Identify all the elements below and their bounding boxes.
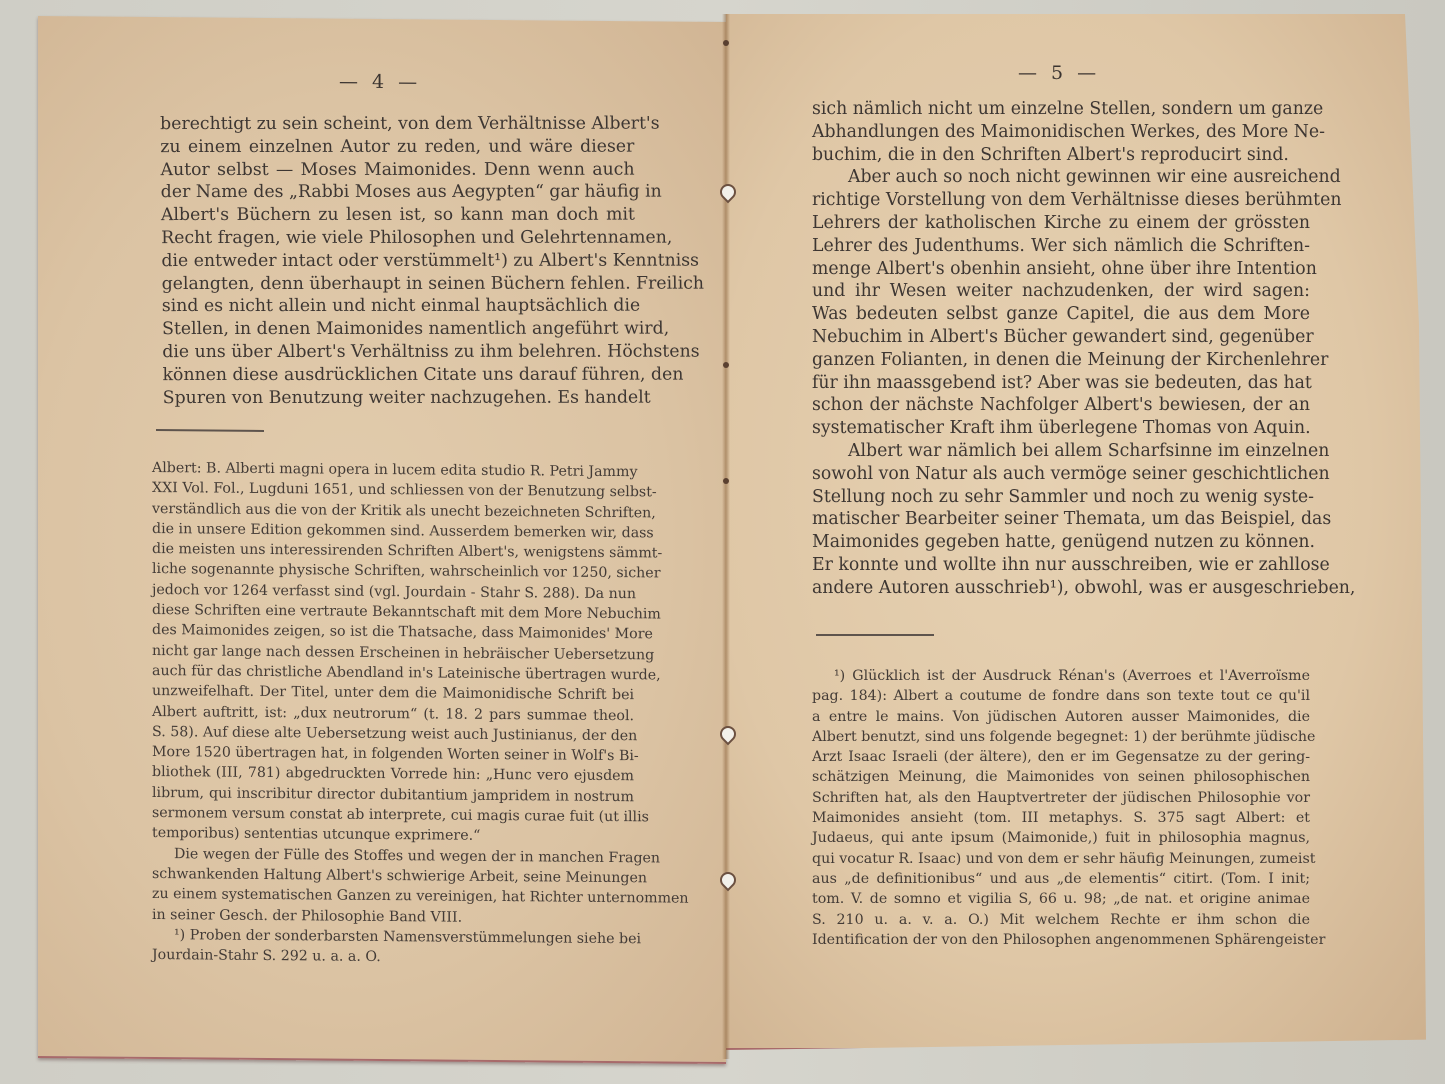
- text-line: sowohl von Natur als auch vermöge seiner…: [812, 463, 1310, 486]
- text-line: Abhandlungen des Maimonidischen Werkes, …: [812, 121, 1310, 144]
- text-line: Stellung noch zu sehr Sammler und noch z…: [812, 486, 1310, 509]
- text-line: systematischer Kraft ihm überlegene Thom…: [812, 417, 1310, 440]
- text-line: Stellen, in denen Maimonides namentlich …: [162, 318, 636, 341]
- text-line: können diese ausdrücklichen Citate uns d…: [162, 363, 636, 386]
- footnote-line: a entre le mains. Von jüdischen Autoren …: [812, 707, 1310, 727]
- text-line: Autor selbst — Moses Maimonides. Denn we…: [160, 158, 634, 181]
- footnote-line: Jourdain-Stahr S. 292 u. a. a. O.: [152, 945, 634, 970]
- text-line: zu einem einzelnen Autor zu reden, und w…: [160, 135, 634, 158]
- left-page: — 4 — berechtigt zu sein scheint, von de…: [38, 16, 726, 1064]
- footnote-line: Schriften hat, als den Hauptvertreter de…: [812, 788, 1310, 808]
- left-body-text: berechtigt zu sein scheint, von dem Verh…: [160, 113, 637, 410]
- footnote-line: Judaeus, qui ante ipsum (Maimonide,) fui…: [812, 828, 1310, 848]
- text-line: Maimonides gegeben hatte, genügend nutze…: [812, 531, 1310, 554]
- text-line: Nebuchim in Albert's Bücher gewandert si…: [812, 326, 1310, 349]
- footnote-line: Albert benutzt, sind uns folgende begegn…: [812, 727, 1310, 747]
- footnote-line: Arzt Isaac Israeli (der ältere), den er …: [812, 747, 1310, 767]
- binding-gutter: [722, 14, 730, 1059]
- text-line: sich nämlich nicht um einzelne Stellen, …: [812, 98, 1310, 121]
- text-line: Er konnte und wollte ihn nur ausschreibe…: [812, 554, 1310, 577]
- text-line: die entweder intact oder verstümmelt¹) z…: [161, 249, 635, 272]
- text-line: schon der nächste Nachfolger Albert's be…: [812, 394, 1310, 417]
- text-line: menge Albert's obenhin ansieht, ohne übe…: [812, 258, 1310, 281]
- stitch-hole-icon: [723, 40, 729, 46]
- text-line: für ihn maassgebend ist? Aber was sie be…: [812, 372, 1310, 395]
- page-number-4: — 4 —: [339, 71, 421, 94]
- text-line: sind es nicht allein und nicht einmal ha…: [162, 295, 636, 318]
- footnote-line: qui vocatur R. Isaac) und von dem er seh…: [812, 849, 1310, 869]
- footnote-line: Identification der von den Philosophen a…: [812, 930, 1310, 950]
- footnote-line: tom. V. de somno et vigilia S, 66 u. 98;…: [812, 889, 1310, 909]
- footnote-line: schätzigen Meinung, die Maimonides von s…: [812, 767, 1310, 787]
- text-line: Aber auch so noch nicht gewinnen wir ein…: [812, 166, 1310, 189]
- text-line: Recht fragen, wie viele Philosophen und …: [161, 227, 635, 250]
- text-line: andere Autoren ausschrieb¹), obwohl, was…: [812, 577, 1310, 600]
- footnote-line: aus „de definitionibus“ und aus „de elem…: [812, 869, 1310, 889]
- text-line: und ihr Wesen weiter nachzudenken, der w…: [812, 280, 1310, 303]
- stitch-hole-icon: [723, 362, 729, 368]
- book-spread: — 4 — berechtigt zu sein scheint, von de…: [38, 14, 1438, 1064]
- right-footnotes: ¹) Glücklich ist der Ausdruck Rénan's (A…: [812, 666, 1310, 950]
- footnote-separator: [816, 634, 934, 636]
- right-body-text: sich nämlich nicht um einzelne Stellen, …: [812, 98, 1310, 600]
- page-number-5: — 5 —: [1018, 62, 1100, 84]
- text-line: Albert's Büchern zu lesen ist, so kann m…: [161, 204, 635, 227]
- text-line: Was bedeuten selbst ganze Capitel, die a…: [812, 303, 1310, 326]
- stitch-hole-icon: [723, 478, 729, 484]
- footnote-line: ¹) Glücklich ist der Ausdruck Rénan's (A…: [812, 666, 1310, 686]
- text-line: berechtigt zu sein scheint, von dem Verh…: [160, 113, 634, 136]
- text-line: matischer Bearbeiter seiner Themata, um …: [812, 508, 1310, 531]
- text-line: buchim, die in den Schriften Albert's re…: [812, 144, 1310, 167]
- text-line: die uns über Albert's Verhältniss zu ihm…: [162, 341, 636, 364]
- footnote-line: Maimonides ansieht (tom. III metaphys. S…: [812, 808, 1310, 828]
- text-line: Lehrer des Judenthums. Wer sich nämlich …: [812, 235, 1310, 258]
- footnote-line: pag. 184): Albert a coutume de fondre da…: [812, 686, 1310, 706]
- footnote-line: S. 210 u. a. v. a. O.) Mit welchem Recht…: [812, 910, 1310, 930]
- left-footnotes: Albert: B. Alberti magni opera in lucem …: [152, 458, 634, 970]
- footnote-separator: [156, 429, 264, 431]
- text-line: Albert war nämlich bei allem Scharfsinne…: [812, 440, 1310, 463]
- text-line: Lehrers der katholischen Kirche zu einem…: [812, 212, 1310, 235]
- text-line: Spuren von Benutzung weiter nachzugehen.…: [163, 386, 637, 409]
- text-line: gelangten, denn überhaupt in seinen Büch…: [162, 272, 636, 295]
- text-line: richtige Vorstellung von dem Verhältniss…: [812, 189, 1310, 212]
- text-line: ganzen Folianten, in denen die Meinung d…: [812, 349, 1310, 372]
- text-line: der Name des „Rabbi Moses aus Aegypten“ …: [161, 181, 635, 204]
- right-page: — 5 — sich nämlich nicht um einzelne Ste…: [726, 14, 1426, 1050]
